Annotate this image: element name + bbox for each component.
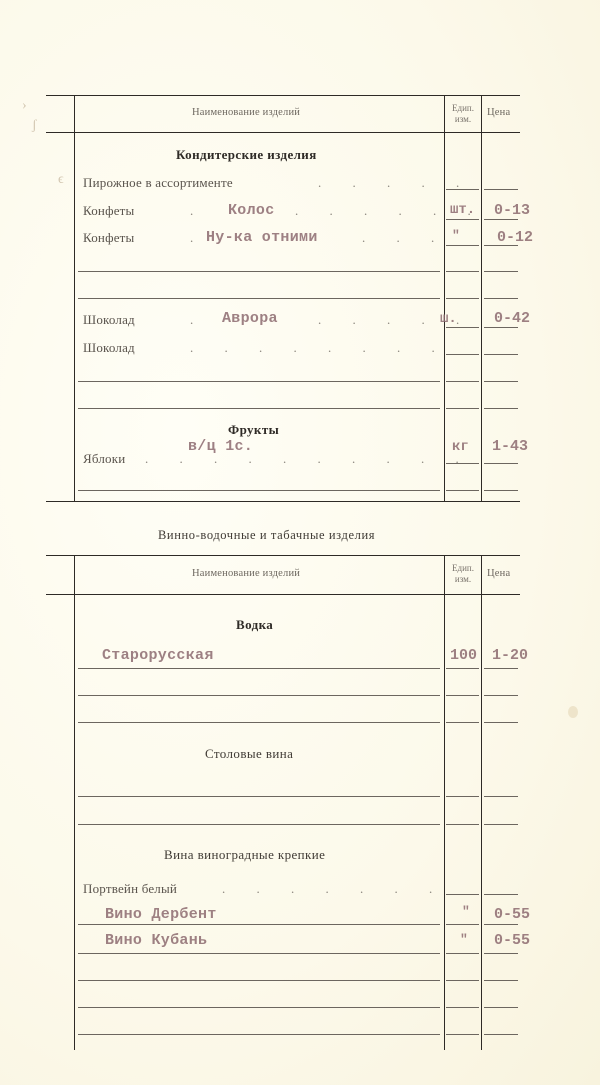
blank-line [78, 668, 440, 669]
unit-rule [446, 219, 479, 220]
section-title-table-wines: Столовые вина [205, 746, 293, 762]
unit-rule [446, 980, 479, 981]
header-unit: Едип. изм. [446, 563, 480, 585]
unit-rule [446, 668, 479, 669]
unit-rule [446, 953, 479, 954]
unit-rule [446, 1007, 479, 1008]
unit-rule [446, 824, 479, 825]
price-rule [484, 924, 518, 925]
price-rule [484, 354, 518, 355]
item-label: Конфеты [83, 230, 135, 246]
paper-mark: › [22, 98, 27, 114]
blank-line [78, 824, 440, 825]
item-price: 0-55 [494, 932, 530, 949]
unit-rule [446, 796, 479, 797]
price-rule [484, 722, 518, 723]
price-rule [484, 796, 518, 797]
typed-item-name: Вино Дербент [105, 906, 217, 923]
leader-dots: . [190, 312, 207, 328]
item-price: 0-13 [494, 202, 530, 219]
blank-line [78, 381, 440, 382]
price-rule [484, 408, 518, 409]
blank-line [78, 722, 440, 723]
item-label: Портвейн белый [83, 881, 177, 897]
typed-item-name: Аврора [222, 310, 278, 327]
blank-line [78, 695, 440, 696]
leader-dots: . . . . . . . [222, 881, 446, 897]
item-unit: 100 [450, 647, 477, 664]
blank-line [78, 924, 440, 925]
menu-page: › ʃ ϵ Наименование изделий Едип. изм. Це… [0, 0, 600, 1085]
blank-line [78, 490, 440, 491]
header-bottom-rule [46, 594, 520, 595]
unit-col-divider [444, 95, 445, 501]
unit-rule [446, 245, 479, 246]
item-price: 1-20 [492, 647, 528, 664]
price-rule [484, 245, 518, 246]
header-name: Наименование изделий [192, 107, 300, 118]
item-price: 0-55 [494, 906, 530, 923]
blank-line [78, 796, 440, 797]
item-label: Шоколад [83, 340, 135, 356]
price-col-divider [481, 555, 482, 1050]
left-border [74, 555, 75, 1050]
section-title-vodka: Водка [236, 617, 273, 633]
unit-rule [446, 722, 479, 723]
leader-dots: . . . [362, 230, 448, 246]
blank-line [78, 408, 440, 409]
price-rule [484, 271, 518, 272]
price-col-divider [481, 95, 482, 501]
unit-rule [446, 490, 479, 491]
price-rule [484, 219, 518, 220]
blank-line [78, 1034, 440, 1035]
table-top-rule [46, 555, 520, 556]
item-price: 1-43 [492, 438, 528, 455]
typed-item-name: Старорусская [102, 647, 214, 664]
price-rule [484, 298, 518, 299]
header-price: Цена [487, 568, 510, 579]
header-unit-line2: изм. [446, 114, 480, 125]
blank-line [78, 271, 440, 272]
unit-rule [446, 271, 479, 272]
typed-item-name: Колос [228, 202, 275, 219]
unit-rule [446, 354, 479, 355]
leader-dots: . [190, 203, 207, 219]
item-unit: ш. [440, 311, 457, 327]
blank-line [78, 980, 440, 981]
typed-item-name: Ну-ка отними [206, 229, 318, 246]
typed-item-name: Вино Кубань [105, 932, 207, 949]
price-rule [484, 824, 518, 825]
header-name: Наименование изделий [192, 568, 300, 579]
price-rule [484, 953, 518, 954]
item-unit: " [452, 228, 460, 243]
header-price: Цена [487, 107, 510, 118]
item-unit: шт. [450, 202, 475, 218]
typed-item-name: в/ц 1с. [188, 438, 253, 455]
price-rule [484, 490, 518, 491]
unit-rule [446, 381, 479, 382]
price-rule [484, 695, 518, 696]
unit-rule [446, 924, 479, 925]
price-rule [484, 980, 518, 981]
unit-rule [446, 408, 479, 409]
price-rule [484, 1034, 518, 1035]
paper-mark: ϵ [58, 172, 64, 188]
header-unit-line1: Едип. [446, 563, 480, 574]
item-label: Пирожное в ассортименте [83, 175, 233, 191]
table-bottom-rule [46, 501, 520, 502]
header-unit-line1: Едип. [446, 103, 480, 114]
item-price: 0-42 [494, 310, 530, 327]
item-label: Шоколад [83, 312, 135, 328]
unit-rule [446, 298, 479, 299]
price-rule [484, 327, 518, 328]
item-label: Конфеты [83, 203, 135, 219]
paper-mark: ʃ [32, 118, 37, 134]
section-heading-alcohol-tobacco: Винно-водочные и табачные изделия [158, 528, 375, 543]
price-rule [484, 189, 518, 190]
unit-col-divider [444, 555, 445, 1050]
header-unit: Едип. изм. [446, 103, 480, 125]
unit-rule [446, 695, 479, 696]
left-border [74, 95, 75, 501]
price-rule [484, 1007, 518, 1008]
paper-stain [568, 706, 578, 718]
price-rule [484, 668, 518, 669]
header-bottom-rule [46, 132, 520, 133]
unit-rule [446, 894, 479, 895]
section-title-fruits: Фрукты [228, 422, 279, 438]
price-rule [484, 894, 518, 895]
unit-rule [446, 189, 479, 190]
unit-rule [446, 327, 479, 328]
item-label: Яблоки [83, 451, 125, 467]
unit-rule [446, 463, 479, 464]
item-price: 0-12 [497, 229, 533, 246]
item-unit: " [462, 904, 470, 919]
leader-dots: . [190, 230, 207, 246]
item-unit: " [460, 932, 468, 947]
blank-line [78, 1007, 440, 1008]
item-unit: кг [452, 439, 469, 455]
price-rule [484, 381, 518, 382]
header-unit-line2: изм. [446, 574, 480, 585]
blank-line [78, 953, 440, 954]
section-title-fortified-wines: Вина виноградные крепкие [164, 847, 325, 863]
leader-dots: . . . . . . . . [190, 340, 449, 356]
section-title-confectionery: Кондитерские изделия [176, 147, 317, 163]
price-rule [484, 463, 518, 464]
blank-line [78, 298, 440, 299]
unit-rule [446, 1034, 479, 1035]
table-top-rule [46, 95, 520, 96]
